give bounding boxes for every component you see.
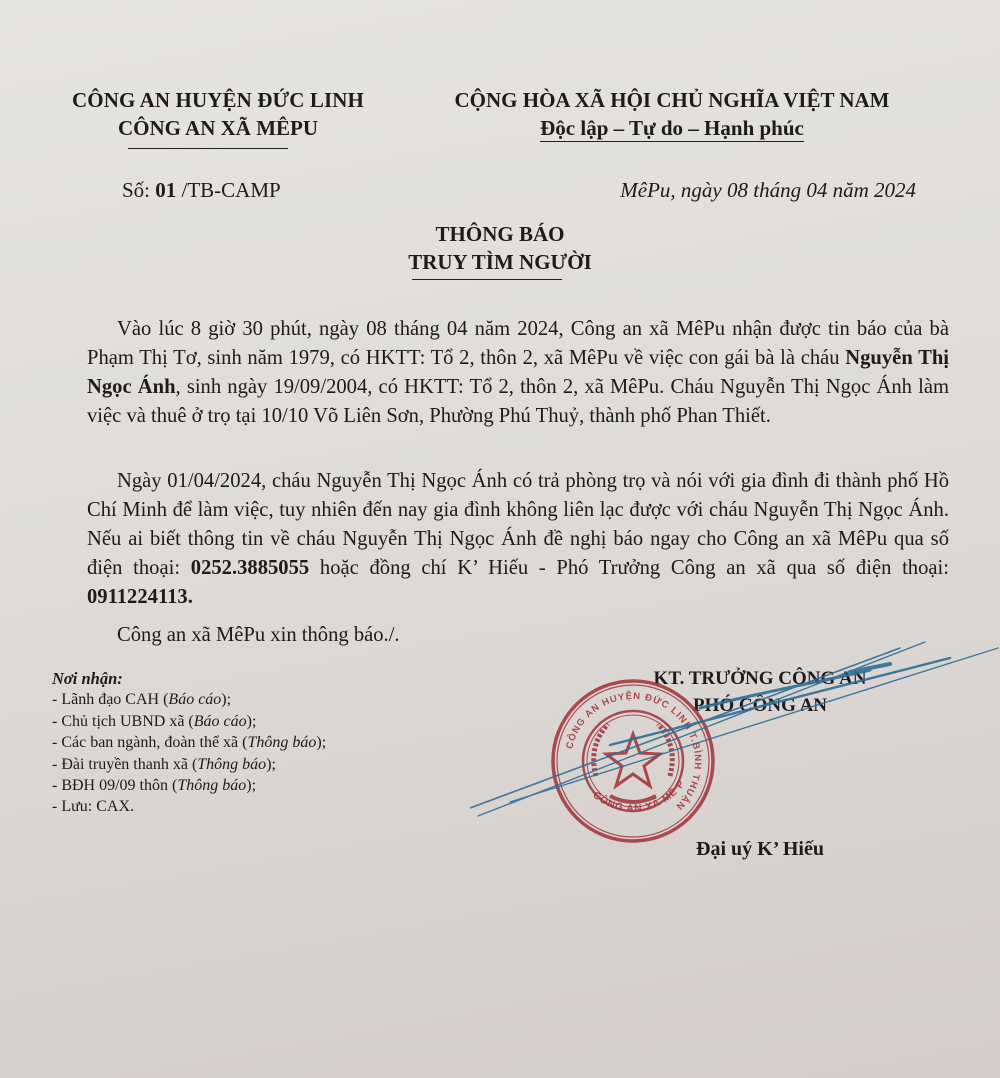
recipient-text: - Lãnh đạo CAH ( (52, 691, 168, 708)
phone-number-officer: 0911224113. (87, 586, 193, 608)
signer-name: Đại uý K’ Hiếu (580, 838, 940, 861)
recipient-note: Báo cáo (168, 691, 221, 708)
recipient-text: - Các ban ngành, đoàn thể xã ( (52, 734, 247, 751)
recipient-end: ); (316, 734, 326, 751)
recipient-item: - BĐH 09/09 thôn (Thông báo); (52, 775, 326, 796)
phone-number-office: 0252.3885055 (191, 557, 309, 579)
recipient-text: - Chủ tịch UBND xã ( (52, 713, 194, 730)
handwritten-signature-icon (470, 630, 1000, 830)
recipient-end: ); (266, 756, 276, 773)
document-number-value: 01 (155, 178, 176, 202)
recipient-text: - Lưu: CAX. (52, 798, 134, 815)
document-title: THÔNG BÁO (360, 222, 640, 247)
document-number-suffix: /TB-CAMP (176, 178, 280, 202)
body-paragraph-2: Ngày 01/04/2024, cháu Nguyễn Thị Ngọc Án… (87, 467, 949, 612)
document-number-prefix: Số: (122, 178, 155, 202)
issuing-agency: CÔNG AN XÃ MÊPU (58, 116, 378, 141)
recipients-list: Nơi nhận: - Lãnh đạo CAH (Báo cáo); - Ch… (52, 668, 326, 818)
paragraph-text: Vào lúc 8 giờ 30 phút, ngày 08 tháng 04 … (87, 318, 949, 369)
recipient-item: - Đài truyền thanh xã (Thông báo); (52, 754, 326, 775)
recipient-note: Thông báo (247, 734, 316, 751)
body-paragraph-1: Vào lúc 8 giờ 30 phút, ngày 08 tháng 04 … (87, 315, 949, 431)
agency-underline (128, 148, 288, 149)
recipient-item: - Chủ tịch UBND xã (Báo cáo); (52, 711, 326, 732)
document-date: MêPu, ngày 08 tháng 04 năm 2024 (540, 178, 916, 203)
recipients-label: Nơi nhận: (52, 668, 326, 689)
recipient-item: - Các ban ngành, đoàn thể xã (Thông báo)… (52, 732, 326, 753)
recipient-note: Thông báo (177, 777, 246, 794)
paragraph-text: hoặc đồng chí K’ Hiếu - Phó Trưởng Công … (309, 557, 949, 579)
recipient-item: - Lưu: CAX. (52, 796, 326, 817)
recipient-text: - Đài truyền thanh xã ( (52, 756, 197, 773)
issuing-agency-parent: CÔNG AN HUYỆN ĐỨC LINH (58, 88, 378, 113)
paragraph-text: , sinh ngày 19/09/2004, có HKTT: Tổ 2, t… (87, 376, 949, 427)
recipient-item: - Lãnh đạo CAH (Báo cáo); (52, 689, 326, 710)
recipient-note: Thông báo (197, 756, 266, 773)
closing-line: Công an xã MêPu xin thông báo./. (117, 624, 400, 647)
recipient-end: ); (246, 777, 256, 794)
recipient-text: - BĐH 09/09 thôn ( (52, 777, 177, 794)
national-motto-text: Độc lập – Tự do – Hạnh phúc (540, 116, 804, 142)
title-underline (412, 279, 562, 280)
national-title: CỘNG HÒA XÃ HỘI CHỦ NGHĨA VIỆT NAM (412, 88, 932, 113)
recipient-end: ); (247, 713, 257, 730)
recipient-end: ); (221, 691, 231, 708)
national-motto: Độc lập – Tự do – Hạnh phúc (412, 116, 932, 141)
document-number: Số: 01 /TB-CAMP (122, 178, 281, 203)
document-subtitle: TRUY TÌM NGƯỜI (360, 250, 640, 275)
recipient-note: Báo cáo (194, 713, 247, 730)
